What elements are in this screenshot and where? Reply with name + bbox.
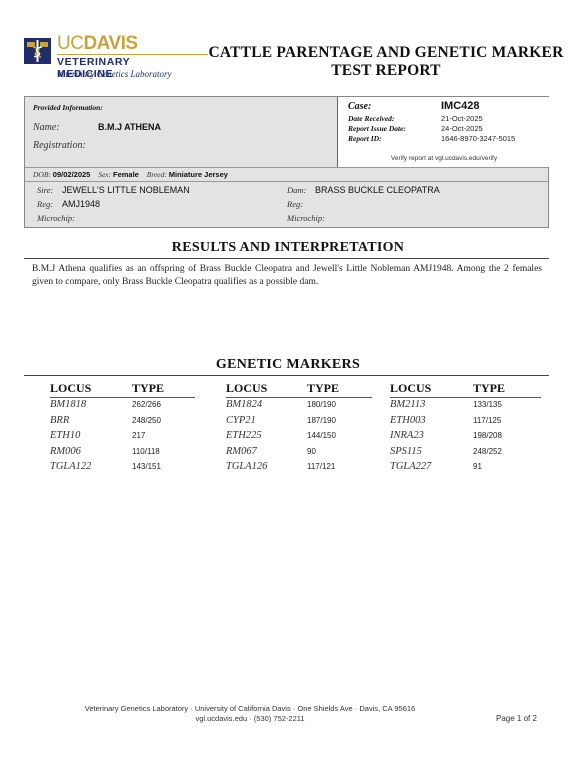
marker-type: 217 (132, 431, 145, 440)
markers-heading: GENETIC MARKERS (0, 357, 576, 373)
sire-label: Sire: (37, 185, 53, 195)
marker-row: BRR248/250 (50, 414, 195, 430)
logo-divider (57, 54, 208, 55)
marker-locus: BM1818 (50, 399, 86, 410)
breed-value: Miniature Jersey (169, 170, 228, 179)
marker-row: BM2113133/135 (390, 398, 541, 414)
marker-locus: BRR (50, 415, 69, 426)
marker-type: 110/118 (132, 447, 160, 456)
marker-row: CYP21187/190 (226, 414, 372, 430)
case-number: IMC428 (441, 100, 480, 112)
dob-label: DOB: (33, 170, 51, 179)
logo-wordmark: UCDAVIS (57, 34, 138, 54)
provided-info-title: Provided Information: (33, 103, 103, 112)
marker-locus: TGLA126 (226, 461, 267, 472)
marker-type: 248/252 (473, 447, 502, 456)
markers-column-3: LOCUS TYPE BM2113133/135ETH003117/125INR… (390, 381, 541, 476)
marker-row: SPS115248/252 (390, 445, 541, 461)
marker-locus: ETH10 (50, 430, 80, 441)
report-title: CATTLE PARENTAGE AND GENETIC MARKER TEST… (196, 44, 576, 80)
marker-type: 144/150 (307, 431, 336, 440)
marker-row: ETH003117/125 (390, 414, 541, 430)
marker-row: BM1818262/266 (50, 398, 195, 414)
footer-address: Veterinary Genetics Laboratory · Univers… (60, 704, 440, 724)
date-received-label: Date Received: (348, 114, 394, 123)
date-received-value: 21-Oct-2025 (441, 114, 483, 123)
marker-locus: INRA23 (390, 430, 424, 441)
results-heading: RESULTS AND INTERPRETATION (0, 240, 576, 256)
marker-type: 187/190 (307, 416, 336, 425)
markers-column-header: LOCUS TYPE (226, 381, 372, 398)
type-header: TYPE (307, 381, 339, 396)
caduceus-shield-icon (24, 38, 51, 64)
marker-row: ETH225144/150 (226, 429, 372, 445)
verify-link[interactable]: Verify report at vgl.ucdavis.edu/verify (338, 155, 550, 162)
name-label: Name: (33, 122, 60, 133)
issue-date-label: Report Issue Date: (348, 124, 406, 133)
locus-header: LOCUS (226, 381, 267, 396)
results-divider (24, 258, 549, 259)
marker-locus: SPS115 (390, 446, 422, 457)
locus-header: LOCUS (50, 381, 91, 396)
animal-name: B.M.J ATHENA (98, 122, 161, 132)
marker-row: TGLA122143/151 (50, 460, 195, 476)
uc-davis-logo: UCDAVIS VETERINARY MEDICINE Veterinary G… (24, 37, 189, 82)
dam-microchip-label: Microchip: (287, 213, 325, 223)
marker-type: 117/125 (473, 416, 501, 425)
marker-type: 133/135 (473, 400, 502, 409)
dob-value: 09/02/2025 (53, 170, 91, 179)
report-id-label: Report ID: (348, 134, 382, 143)
marker-locus: RM067 (226, 446, 257, 457)
marker-locus: BM2113 (390, 399, 425, 410)
marker-locus: ETH225 (226, 430, 262, 441)
marker-locus: ETH003 (390, 415, 426, 426)
marker-row: BM1824180/190 (226, 398, 372, 414)
logo-lab-name: Veterinary Genetics Laboratory (57, 69, 171, 80)
case-label: Case: (348, 101, 371, 112)
marker-type: 198/208 (473, 431, 502, 440)
markers-column-header: LOCUS TYPE (50, 381, 195, 398)
marker-locus: RM006 (50, 446, 81, 457)
marker-row: ETH10217 (50, 429, 195, 445)
marker-type: 180/190 (307, 400, 336, 409)
sire-name: JEWELL'S LITTLE NOBLEMAN (62, 185, 190, 195)
registration-label: Registration: (33, 140, 86, 151)
dam-reg-label: Reg: (287, 199, 303, 209)
marker-locus: CYP21 (226, 415, 256, 426)
locus-header: LOCUS (390, 381, 431, 396)
issue-date-value: 24-Oct-2025 (441, 124, 483, 133)
dam-name: BRASS BUCKLE CLEOPATRA (315, 185, 440, 195)
marker-type: 117/121 (307, 462, 335, 471)
type-header: TYPE (473, 381, 505, 396)
sex-value: Female (113, 170, 139, 179)
type-header: TYPE (132, 381, 164, 396)
markers-column-2: LOCUS TYPE BM1824180/190CYP21187/190ETH2… (226, 381, 372, 476)
provided-information: Provided Information: Name: B.M.J ATHENA… (25, 97, 337, 167)
markers-divider (24, 375, 549, 376)
dam-label: Dam: (287, 185, 306, 195)
results-interpretation: B.M.J Athena qualifies as an offspring o… (32, 263, 542, 289)
marker-row: TGLA126117/121 (226, 460, 372, 476)
marker-locus: TGLA227 (390, 461, 431, 472)
parents-section: Sire: JEWELL'S LITTLE NOBLEMAN Reg: AMJ1… (25, 182, 548, 228)
marker-locus: TGLA122 (50, 461, 91, 472)
sire-microchip-label: Microchip: (37, 213, 75, 223)
report-id-value: 1646-8970-3247-5015 (441, 134, 515, 143)
sire-reg-value: AMJ1948 (62, 199, 100, 209)
marker-type: 90 (307, 447, 316, 456)
marker-row: INRA23198/208 (390, 429, 541, 445)
info-box: Provided Information: Name: B.M.J ATHENA… (24, 96, 549, 228)
marker-row: TGLA22791 (390, 460, 541, 476)
marker-locus: BM1824 (226, 399, 262, 410)
marker-row: RM006110/118 (50, 445, 195, 461)
marker-row: RM06790 (226, 445, 372, 461)
marker-type: 143/151 (132, 462, 161, 471)
breed-label: Breed: (147, 170, 167, 179)
markers-column-header: LOCUS TYPE (390, 381, 541, 398)
marker-type: 248/250 (132, 416, 161, 425)
marker-type: 262/266 (132, 400, 161, 409)
page-number: Page 1 of 2 (496, 714, 537, 723)
animal-details-row: DOB: 09/02/2025 Sex: Female Breed: Minia… (25, 167, 548, 182)
marker-type: 91 (473, 462, 482, 471)
case-panel: Case: IMC428 Date Received: 21-Oct-2025 … (337, 97, 549, 167)
sire-reg-label: Reg: (37, 199, 53, 209)
sex-label: Sex: (98, 170, 111, 179)
markers-column-1: LOCUS TYPE BM1818262/266BRR248/250ETH102… (50, 381, 195, 476)
